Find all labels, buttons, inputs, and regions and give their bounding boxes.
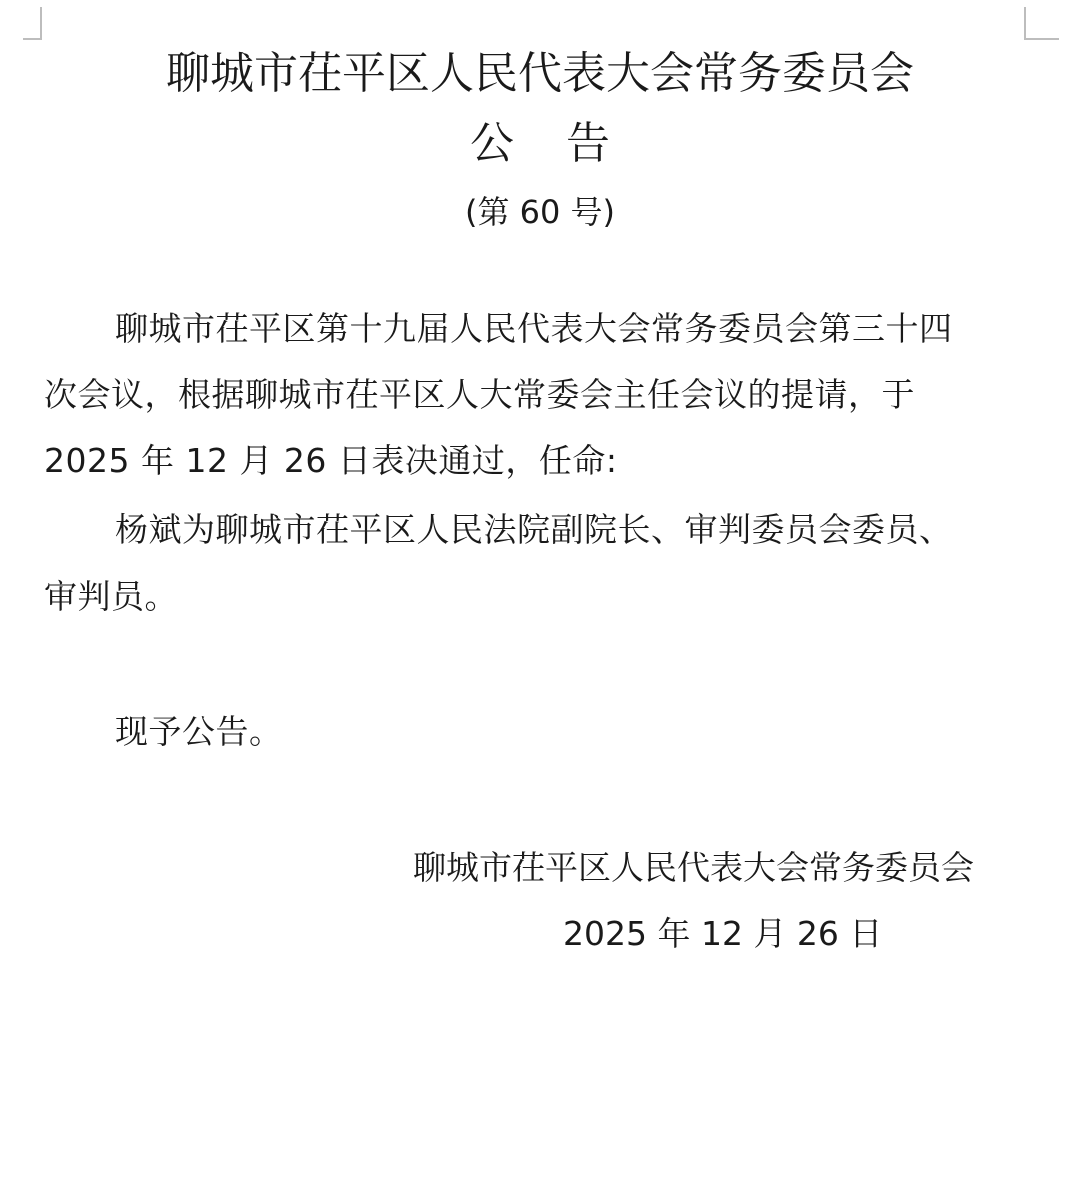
closing-statement: 现予公告。 [115,715,283,748]
signature-date: 2025 年 12 月 26 日 [563,917,882,950]
document-subtitle: 公告 [0,122,1080,166]
paragraph-line: 杨斌为聊城市茌平区人民法院副院长、审判委员会委员、 [115,513,953,546]
paragraph-line: 聊城市茌平区第十九届人民代表大会常务委员会第三十四 [115,312,953,345]
document-number: (第 60 号) [0,196,1080,228]
page-corner-top-left [23,7,42,40]
document-title: 聊城市茌平区人民代表大会常务委员会 [0,52,1080,96]
page-corner-top-right [1024,7,1059,40]
signature-issuer: 聊城市茌平区人民代表大会常务委员会 [413,851,974,884]
paragraph-line: 2025 年 12 月 26 日表决通过，任命: [44,444,618,477]
paragraph-line: 次会议，根据聊城市茌平区人大常委会主任会议的提请，于 [44,378,915,411]
paragraph-line: 审判员。 [44,580,178,613]
